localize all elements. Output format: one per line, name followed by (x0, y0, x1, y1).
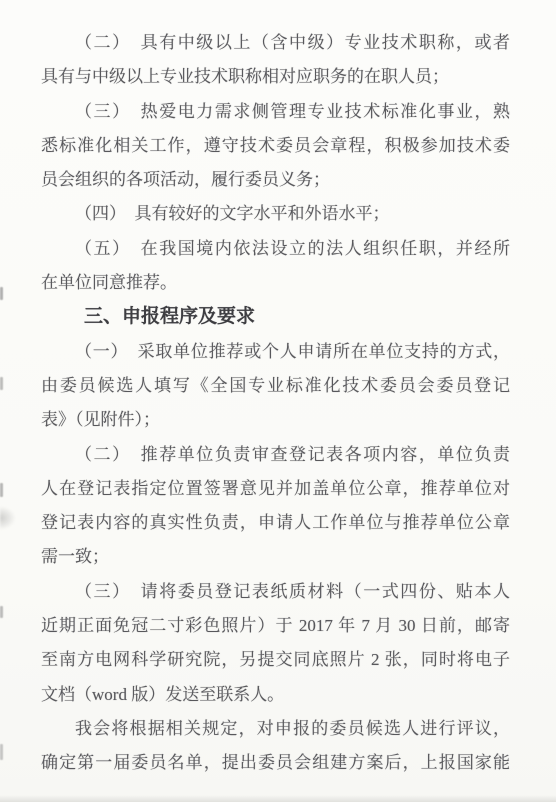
text-line: 人在登记表指定位置签署意见并加盖单位公章，推荐单位对 (41, 472, 510, 506)
text-line: （一） 采取单位推荐或个人申请所在单位支持的方式， (41, 335, 510, 369)
text-line: 确定第一届委员名单，提出委员会组建方案后，上报国家能 (41, 746, 510, 780)
text-line: 由委员候选人填写《全国专业标准化技术委员会委员登记 (41, 369, 510, 403)
closing-paragraph: 我会将根据相关规定，对申报的委员候选人进行评议，确定第一届委员名单，提出委员会组… (41, 712, 510, 781)
section-3-heading: 三、申报程序及要求 (41, 300, 510, 334)
text-line: 登记表内容的真实性负责，申请人工作单位与推荐单位公章 (41, 506, 510, 540)
text-line: （三） 热爱电力需求侧管理专业技术标准化事业，熟 (41, 95, 510, 129)
procedure-item-2: （二） 推荐单位负责审查登记表各项内容，单位负责人在登记表指定位置签署意见并加盖… (41, 438, 510, 575)
qualification-item-2: （二） 具有中级以上（含中级）专业技术职称，或者具有与中级以上专业技术职称相对应… (41, 26, 510, 95)
text-line: 三、申报程序及要求 (41, 300, 510, 334)
text-line: （四） 具有较好的文字水平和外语水平； (41, 197, 510, 231)
qualification-item-4: （四） 具有较好的文字水平和外语水平； (41, 197, 510, 231)
qualification-item-5: （五） 在我国境内依法设立的法人组织任职，并经所在单位同意推荐。 (41, 232, 510, 301)
document-body: （二） 具有中级以上（含中级）专业技术职称，或者具有与中级以上专业技术职称相对应… (41, 26, 510, 781)
text-line: 需一致； (41, 540, 510, 574)
procedure-item-1: （一） 采取单位推荐或个人申请所在单位支持的方式，由委员候选人填写《全国专业标准… (41, 335, 510, 438)
text-line: 文档（word 版）发送至联系人。 (41, 678, 510, 712)
text-line: （二） 具有中级以上（含中级）专业技术职称，或者 (41, 26, 510, 60)
text-line: 在单位同意推荐。 (41, 266, 510, 300)
text-line: （三） 请将委员登记表纸质材料（一式四份、贴本人 (41, 575, 510, 609)
text-line: 表》（见附件）； (41, 403, 510, 437)
text-line: 具有与中级以上专业技术职称相对应职务的在职人员； (41, 60, 510, 94)
text-line: 近期正面免冠二寸彩色照片）于 2017 年 7 月 30 日前，邮寄 (41, 609, 510, 643)
text-line: 我会将根据相关规定，对申报的委员候选人进行评议， (41, 712, 510, 746)
qualification-item-3: （三） 热爱电力需求侧管理专业技术标准化事业，熟悉标准化相关工作，遵守技术委员会… (41, 95, 510, 198)
text-line: 员会组织的各项活动，履行委员义务； (41, 163, 510, 197)
procedure-item-3: （三） 请将委员登记表纸质材料（一式四份、贴本人近期正面免冠二寸彩色照片）于 2… (41, 575, 510, 712)
text-line: 悉标准化相关工作，遵守技术委员会章程，积极参加技术委 (41, 129, 510, 163)
scanned-page: （二） 具有中级以上（含中级）专业技术职称，或者具有与中级以上专业技术职称相对应… (0, 0, 556, 802)
text-line: （二） 推荐单位负责审查登记表各项内容，单位负责 (41, 438, 510, 472)
text-line: 至南方电网科学研究院，另提交同底照片 2 张，同时将电子 (41, 643, 510, 677)
text-line: （五） 在我国境内依法设立的法人组织任职，并经所 (41, 232, 510, 266)
